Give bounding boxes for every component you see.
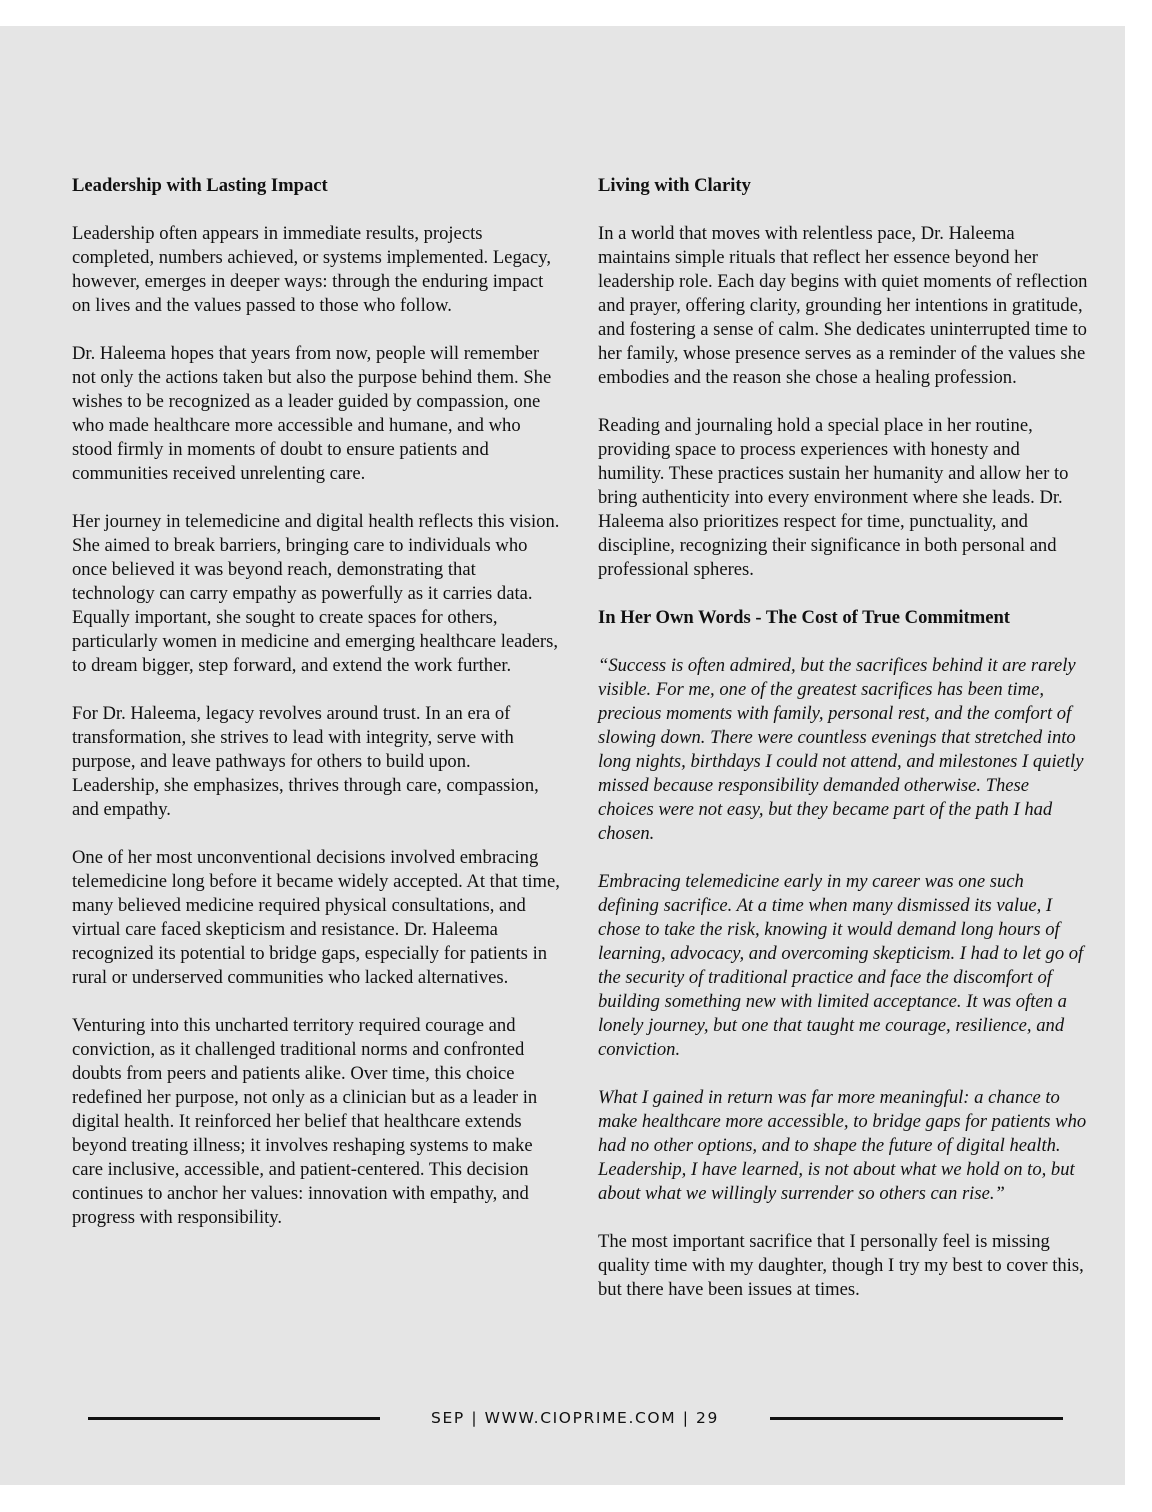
footer-text: SEP | WWW.CIOPRIME.COM | 29 xyxy=(380,1405,770,1431)
closing-paragraph: The most important sacrifice that I pers… xyxy=(598,1230,1088,1302)
body-paragraph: Her journey in telemedicine and digital … xyxy=(72,510,562,678)
magazine-page: Leadership with Lasting Impact Leadershi… xyxy=(0,26,1125,1485)
body-paragraph: In a world that moves with relentless pa… xyxy=(598,222,1088,390)
body-paragraph: Dr. Haleema hopes that years from now, p… xyxy=(72,342,562,486)
section-heading-leadership: Leadership with Lasting Impact xyxy=(72,174,562,198)
section-heading-clarity: Living with Clarity xyxy=(598,174,1088,198)
left-column: Leadership with Lasting Impact Leadershi… xyxy=(72,174,562,1254)
quote-paragraph: What I gained in return was far more mea… xyxy=(598,1086,1088,1206)
footer-rule-left xyxy=(88,1417,380,1420)
quote-paragraph: “Success is often admired, but the sacri… xyxy=(598,654,1088,846)
footer-rule-right xyxy=(770,1417,1063,1420)
body-paragraph: Reading and journaling hold a special pl… xyxy=(598,414,1088,582)
body-paragraph: One of her most unconventional decisions… xyxy=(72,846,562,990)
page-footer: SEP | WWW.CIOPRIME.COM | 29 xyxy=(0,1405,1152,1431)
quote-paragraph: Embracing telemedicine early in my caree… xyxy=(598,870,1088,1062)
body-paragraph: For Dr. Haleema, legacy revolves around … xyxy=(72,702,562,822)
right-column: Living with Clarity In a world that move… xyxy=(598,174,1088,1326)
body-paragraph: Venturing into this uncharted territory … xyxy=(72,1014,562,1230)
section-heading-own-words: In Her Own Words - The Cost of True Comm… xyxy=(598,606,1088,630)
body-paragraph: Leadership often appears in immediate re… xyxy=(72,222,562,318)
